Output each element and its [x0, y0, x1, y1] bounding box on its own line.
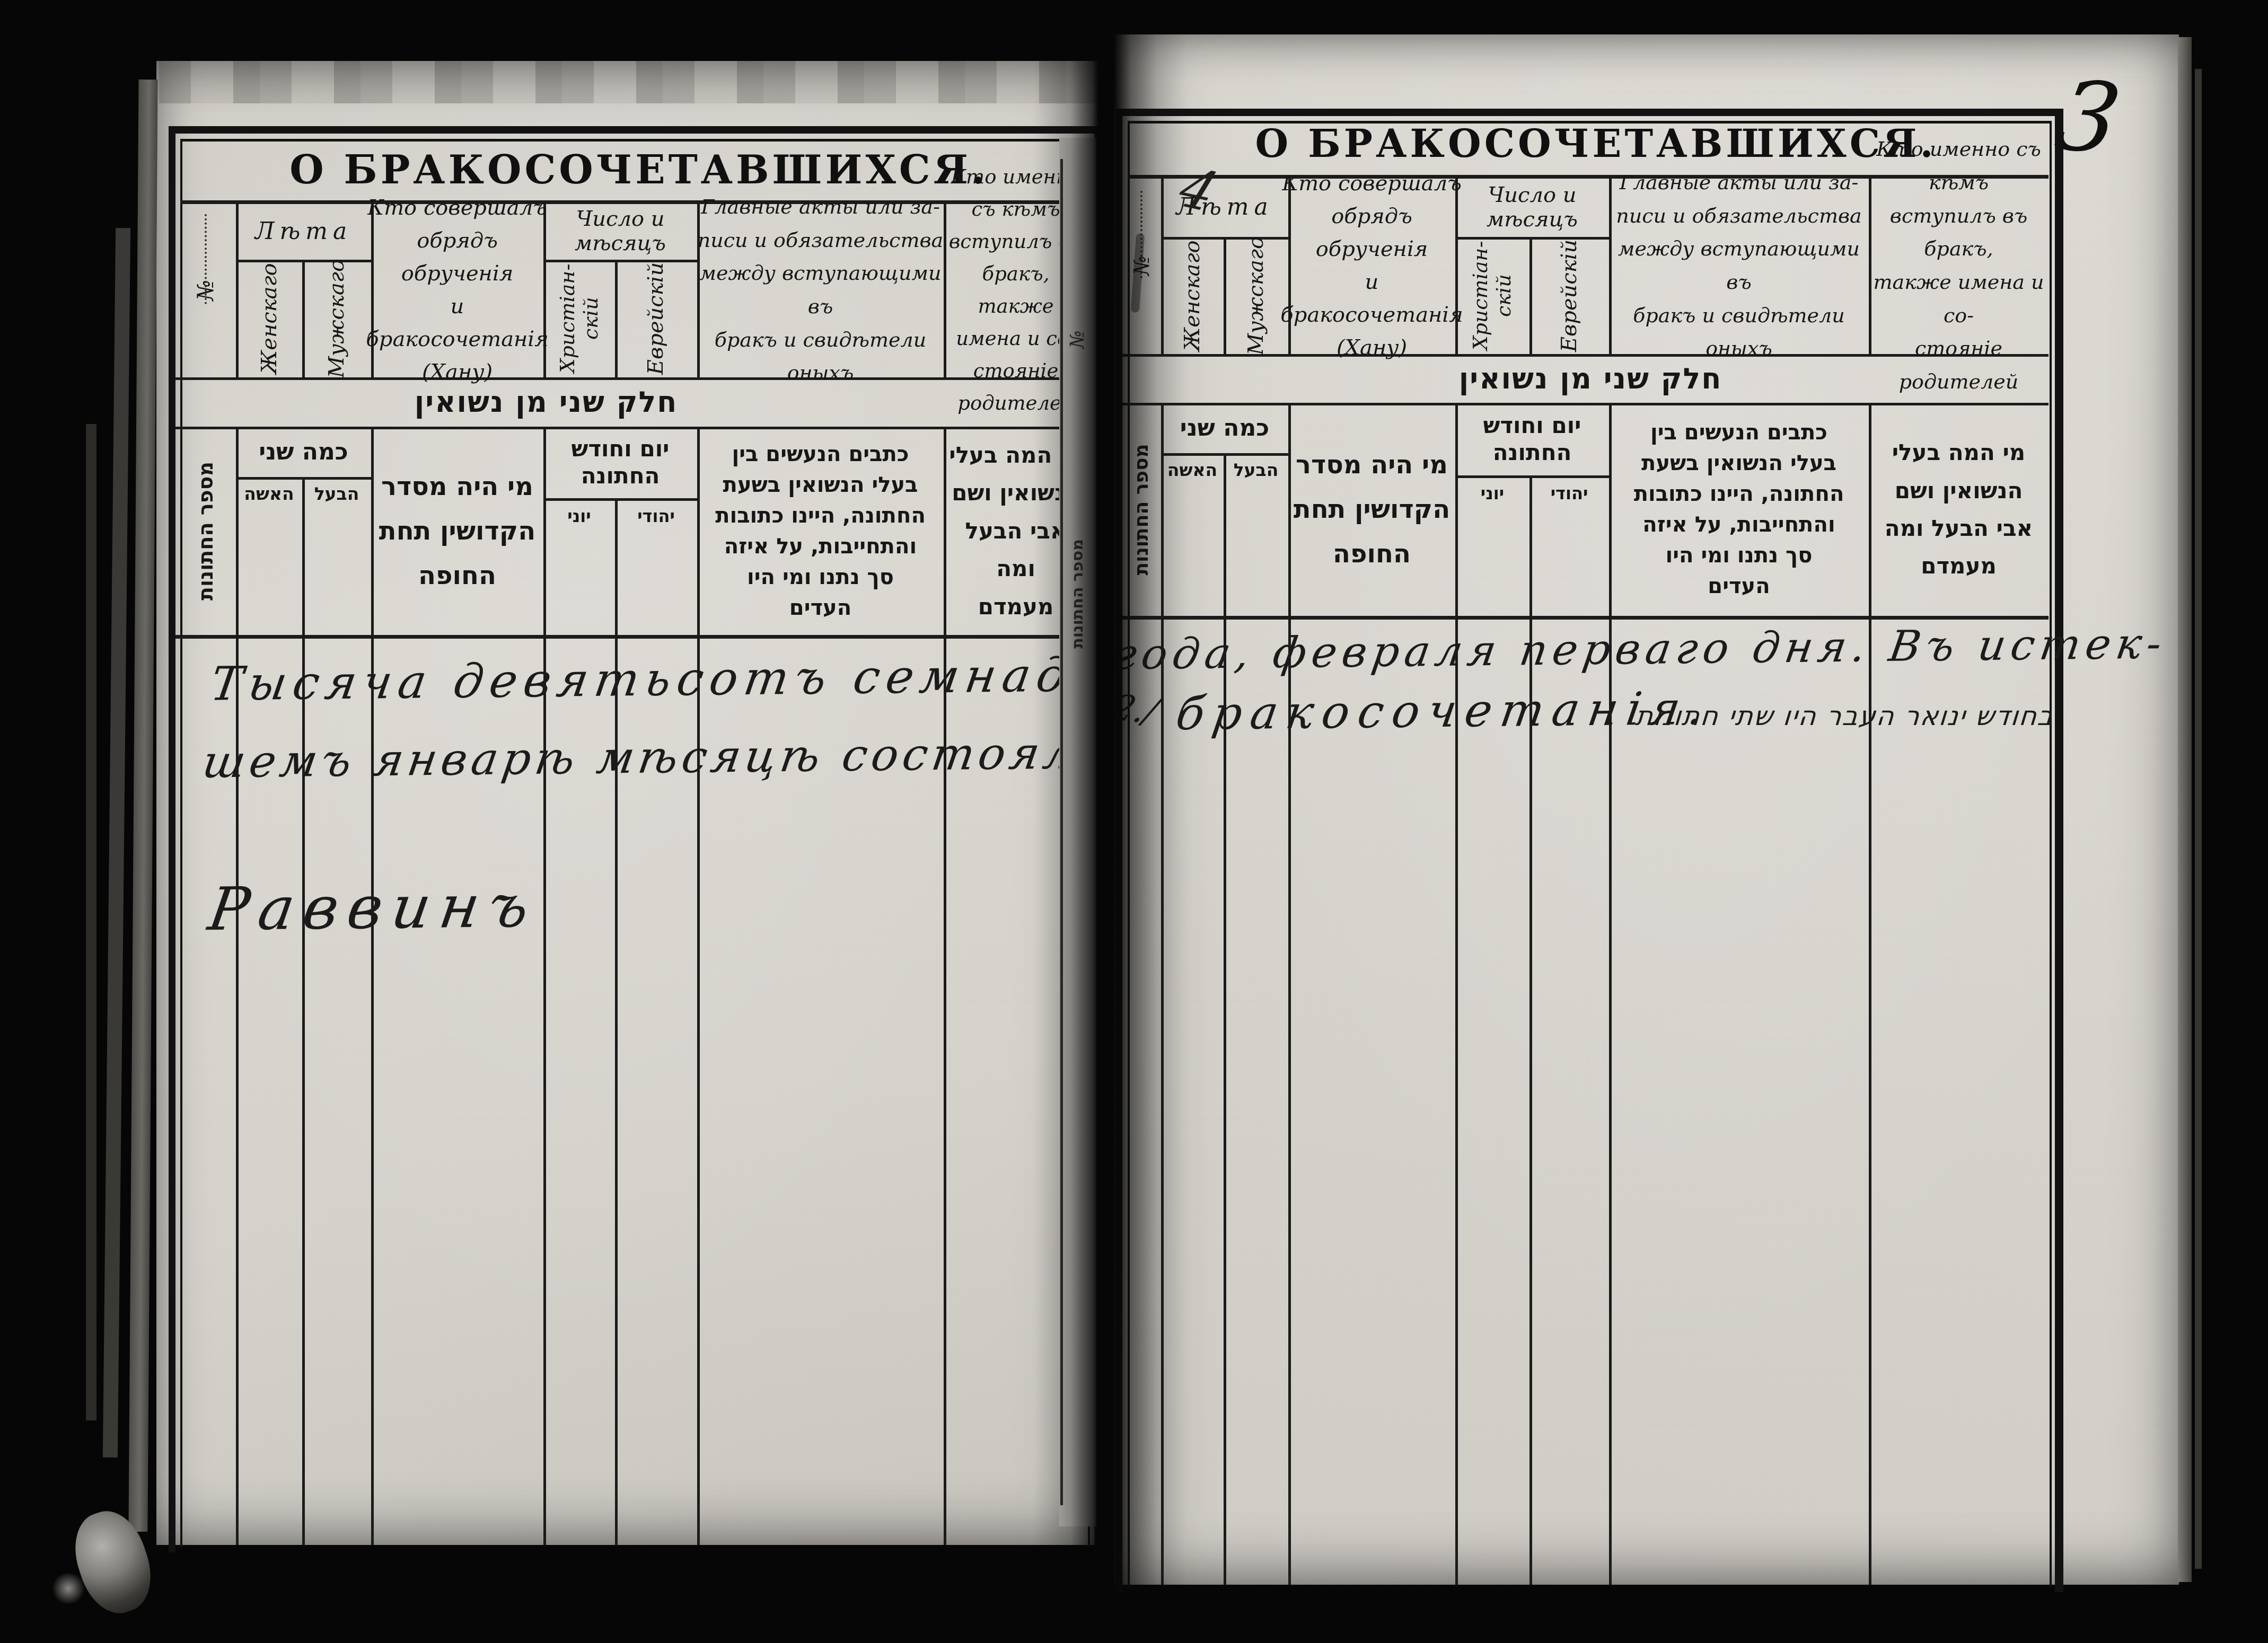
right-evreyskiy-cell: Еврейскій — [1529, 237, 1609, 354]
right-haisha-cell: האשה — [1161, 460, 1224, 497]
left-entry-rabbi: Раввинъ — [204, 872, 543, 944]
right-kto-imenno-cell: Кто именно съ кѣмъ вступилъ въ бракъ, та… — [1869, 177, 2049, 354]
mi-hema-label: מי המה בעלי הנשואין ושם אבי הבעל ומה מעמ… — [1885, 434, 2033, 585]
yom-vechodesh-label: יום וחודש החתונה — [572, 436, 670, 489]
right-col-line — [1455, 403, 1458, 1585]
yehudi-label: יהודי — [1551, 483, 1588, 503]
left-haisha-cell: האשה — [236, 483, 302, 520]
right-page-title: О БРАКОСОЧЕТАВШИХСЯ. — [1255, 121, 1936, 166]
evreyskiy-label: Еврейскій — [1557, 239, 1581, 351]
gutter-number-label: № — [1066, 330, 1088, 348]
yevani-label: יוני — [1481, 483, 1504, 503]
leta-label: Лѣта — [255, 218, 353, 245]
glavnye-label: Главные акты или за- писи и обязательств… — [697, 190, 944, 390]
scanned-register-spread: О БРАКОСОЧЕТАВШИХСЯ. № Лѣта Женскаго Муж… — [0, 0, 2268, 1643]
ktavim-label: כתבים הנעשים בין בעלי הנשואין בשעת החתונ… — [1634, 417, 1844, 602]
right-kama-cell: כמה שני — [1161, 403, 1288, 453]
gutter-number-sliver: № — [1061, 297, 1093, 382]
right-entry-line2: бракосочетанія. — [1173, 682, 1716, 741]
right-zhenskago-cell: Женскаго — [1161, 237, 1224, 354]
left-muzhskago-cell: Мужскаго — [302, 260, 371, 377]
left-page-stack-edge — [103, 228, 130, 1457]
right-hebrew-band-cell: חלק שני מן נשואין — [1246, 356, 1935, 401]
right-col-line — [1224, 453, 1226, 1585]
left-page-title: О БРАКОСОЧЕТАВШИХСЯ. — [289, 147, 988, 193]
habaal-label: הבעל — [1234, 460, 1279, 480]
left-kto-sovershal-cell: Кто совершалъ обрядъ обрученія и бракосо… — [371, 202, 543, 377]
left-col-line — [543, 427, 546, 1545]
habaal-label: הבעל — [314, 483, 359, 504]
right-rule-he-header-bottom — [1122, 616, 2049, 620]
left-evreyskiy-cell: Еврейскій — [615, 260, 697, 377]
kto-sovershal-label: Кто совершалъ обрядъ обрученія и бракосо… — [1280, 167, 1463, 364]
left-mi-haya-cell: מי היה מסדר הקדושין תחת החופה — [371, 427, 543, 635]
khristianskiy-label: Христіан- скій — [1469, 241, 1515, 350]
yevani-label: יוני — [567, 506, 591, 526]
left-leta-cell: Лѣта — [236, 202, 371, 260]
left-khristianskiy-cell: Христіан- скій — [543, 260, 615, 377]
book-clasp-highlight — [51, 1573, 86, 1604]
left-glavnye-cell: Главные акты или за- писи и обязательств… — [697, 202, 944, 377]
right-habaal-cell: הבעל — [1224, 460, 1288, 497]
right-page-stack-edge — [2178, 37, 2192, 1582]
yehudi-label: יהודי — [637, 506, 675, 526]
right-page-stack-edge — [2195, 69, 2202, 1569]
number-dotted-leader — [205, 214, 207, 304]
left-yehudi-cell: יהודי — [615, 506, 697, 543]
gutter-mispar-label: מספר החתונות — [1068, 539, 1087, 649]
khristianskiy-label: Христіан- скій — [556, 264, 602, 373]
muzhskago-label: Мужскаго — [324, 259, 349, 378]
evreyskiy-label: Еврейскій — [644, 262, 669, 375]
left-zhenskago-cell: Женскаго — [236, 260, 302, 377]
left-rule-he-header-bottom — [175, 635, 1095, 639]
left-page-stack-edge — [86, 424, 96, 1420]
left-hebrew-band-cell: חלק שני מן נשואין — [191, 378, 901, 425]
right-khristianskiy-cell: Христіан- скій — [1455, 237, 1529, 354]
chislo-label: Число и мѣсяцъ — [543, 207, 697, 255]
right-yom-cell: יום וחודש החתונה — [1455, 403, 1609, 475]
kto-sovershal-label: Кто совершалъ обрядъ обрученія и бракосо… — [366, 191, 548, 388]
right-ktavim-cell: כתבים הנעשים בין בעלי הנשואין בשעת החתונ… — [1609, 403, 1869, 616]
muzhskago-label: Мужскаго — [1244, 236, 1268, 355]
haisha-label: האשה — [244, 483, 294, 504]
right-mi-haya-cell: מי היה מסדר הקדושין תחת החופה — [1288, 403, 1455, 616]
hebrew-band-label: חלק שני מן נשואין — [415, 385, 678, 419]
zhenskago-label: Женскаго — [257, 263, 282, 374]
left-page-stack-edge — [128, 79, 157, 1532]
yom-vechodesh-label: יום וחודש החתונה — [1483, 412, 1581, 466]
left-habaal-cell: הבעל — [302, 483, 371, 520]
glavnye-label: Главные акты или за- писи и обязательств… — [1609, 166, 1869, 365]
right-glavnye-cell: Главные акты или за- писи и обязательств… — [1609, 177, 1869, 354]
gutter-mispar-sliver: מספר החתונות — [1061, 493, 1093, 694]
right-muzhskago-cell: Мужскаго — [1224, 237, 1288, 354]
right-entry-line2-hebrew: בחודש ינואר העבר היו שתי חתונות — [1634, 701, 2056, 731]
kama-shanei-label: כמה שני — [259, 438, 348, 465]
left-col-line — [302, 477, 305, 1545]
left-mispar-cell: מספר החתונות — [175, 427, 236, 635]
zhenskago-label: Женскаго — [1180, 240, 1205, 351]
right-rule-yom-split — [1455, 475, 1609, 478]
mi-haya-mesader-label: מי היה מסדר הקדושין תחת החופה — [379, 464, 535, 598]
left-col-line — [236, 427, 239, 1545]
right-mispar-cell: מספר החתונות — [1122, 403, 1161, 616]
mispar-hachatunot-label: מספר החתונות — [194, 462, 217, 600]
left-rule-yom-split — [543, 498, 697, 501]
right-chislo-cell: Число и мѣсяцъ — [1455, 177, 1609, 237]
kama-shanei-label: כמה שני — [1180, 414, 1270, 441]
chislo-label: Число и мѣсяцъ — [1455, 183, 1609, 232]
left-ktavim-cell: כתבים הנעשים בין בעלי הנשואין בשעת החתונ… — [697, 427, 944, 635]
hebrew-band-label: חלק שני מן נשואין — [1459, 362, 1722, 395]
right-mi-hema-cell: מי המה בעלי הנשואין ושם אבי הבעל ומה מעמ… — [1869, 403, 2049, 616]
mispar-hachatunot-label: מספר החתונות — [1131, 444, 1153, 575]
right-yevani-cell: יוני — [1455, 483, 1529, 520]
right-kto-sovershal-cell: Кто совершалъ обрядъ обрученія и бракосо… — [1288, 177, 1455, 354]
ktavim-label: כתבים הנעשים בין בעלי הנשואין בשעת החתונ… — [715, 439, 926, 623]
left-yevani-cell: יוני — [543, 506, 615, 543]
right-yehudi-cell: יהודי — [1529, 483, 1609, 520]
left-yom-cell: יום וחודש החתונה — [543, 427, 697, 498]
haisha-label: האשה — [1167, 460, 1217, 480]
left-kama-cell: כמה שני — [236, 427, 371, 477]
right-col-line — [1161, 403, 1164, 1585]
left-chislo-cell: Число и мѣсяцъ — [543, 202, 697, 260]
mi-haya-mesader-label: מי היה מסדר הקדושין תחת החופה — [1294, 443, 1450, 576]
